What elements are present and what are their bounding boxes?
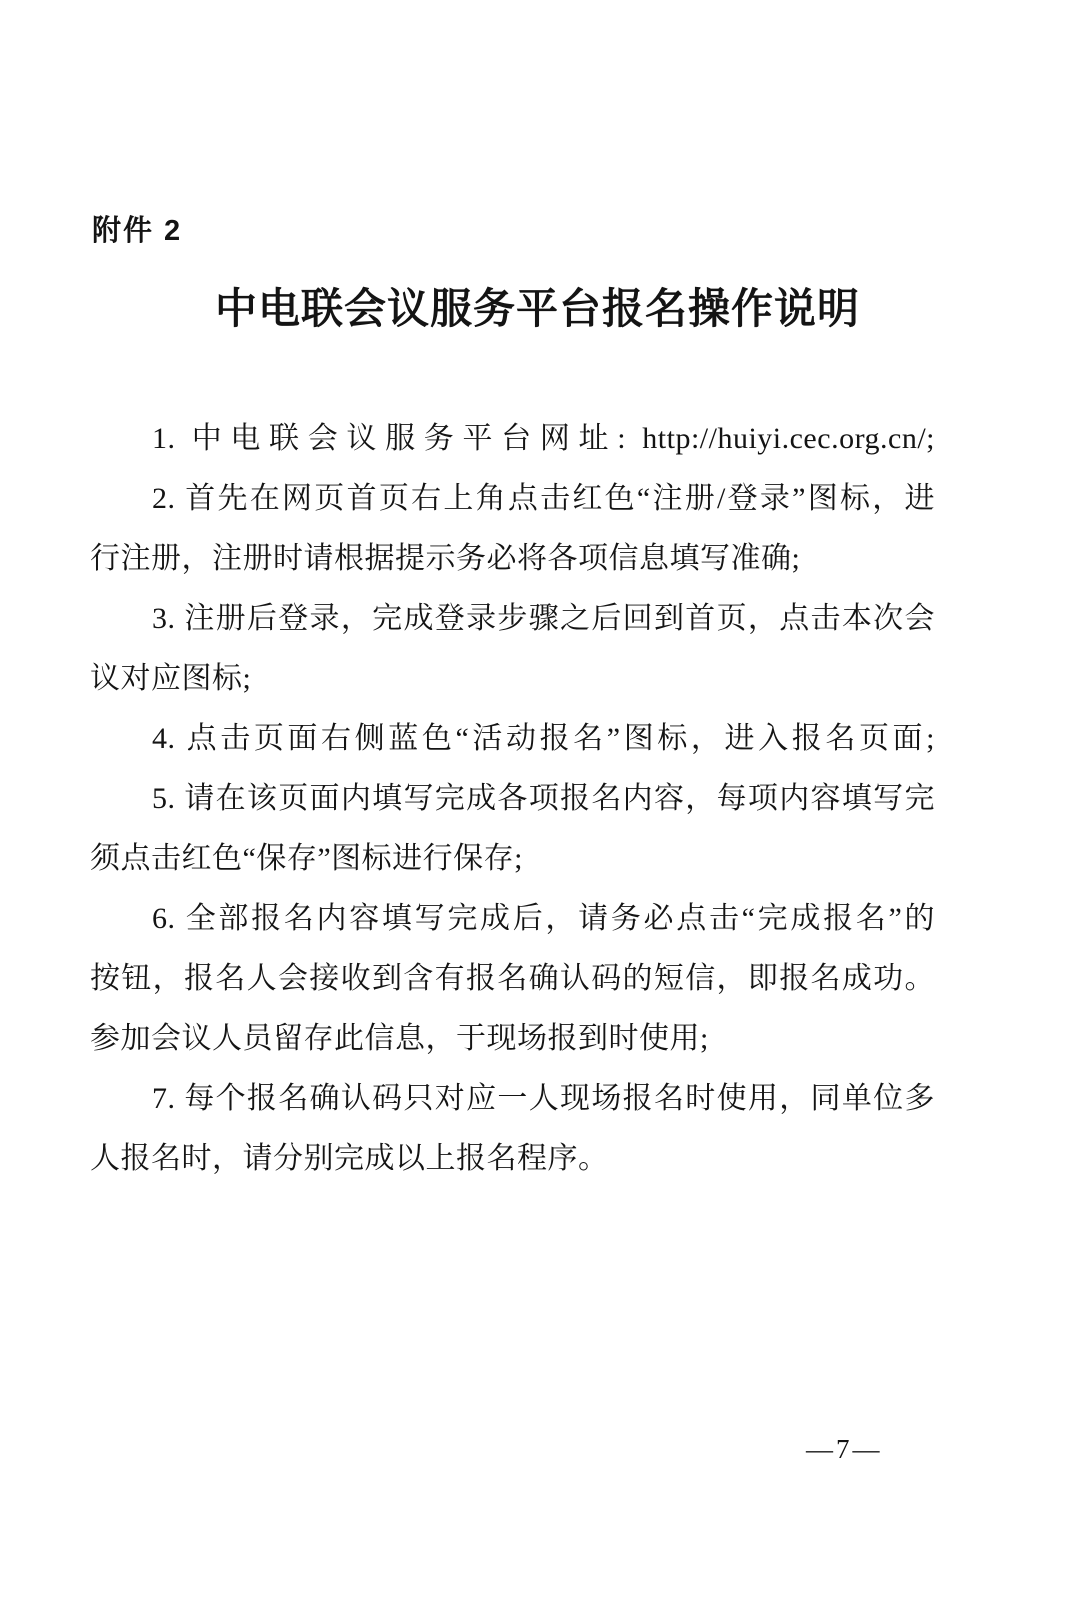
text-line: 7. 每个报名确认码只对应一人现场报名时使用，同单位多 [90, 1069, 935, 1129]
text-line: 3. 注册后登录，完成登录步骤之后回到首页，点击本次会 [90, 589, 935, 649]
document-page: 附件 2 中电联会议服务平台报名操作说明 1. 中电联会议服务平台网址: htt… [0, 0, 1075, 1600]
text-line: 2. 首先在网页首页右上角点击红色“注册/登录”图标，进 [90, 469, 935, 529]
text-line: 4. 点击页面右侧蓝色“活动报名”图标，进入报名页面; [90, 709, 935, 769]
text-line: 按钮，报名人会接收到含有报名确认码的短信，即报名成功。请 [90, 949, 935, 1009]
document-body: 1. 中电联会议服务平台网址: http://huiyi.cec.org.cn/… [90, 409, 935, 1189]
text-line: 议对应图标; [90, 649, 935, 709]
text-line: 人报名时，请分别完成以上报名程序。 [90, 1129, 935, 1189]
text-line: 6. 全部报名内容填写完成后，请务必点击“完成报名”的 [90, 889, 935, 949]
document-title: 中电联会议服务平台报名操作说明 [0, 276, 1075, 336]
text-line: 行注册，注册时请根据提示务必将各项信息填写准确; [90, 529, 935, 589]
text-line: 5. 请在该页面内填写完成各项报名内容，每项内容填写完 [90, 769, 935, 829]
attachment-label: 附件 2 [92, 208, 182, 249]
text-line: 参加会议人员留存此信息，于现场报到时使用; [90, 1009, 935, 1069]
page-number: —7— [806, 1434, 883, 1465]
text-line: 1. 中电联会议服务平台网址: http://huiyi.cec.org.cn/… [90, 409, 935, 469]
text-line: 须点击红色“保存”图标进行保存; [90, 829, 935, 889]
